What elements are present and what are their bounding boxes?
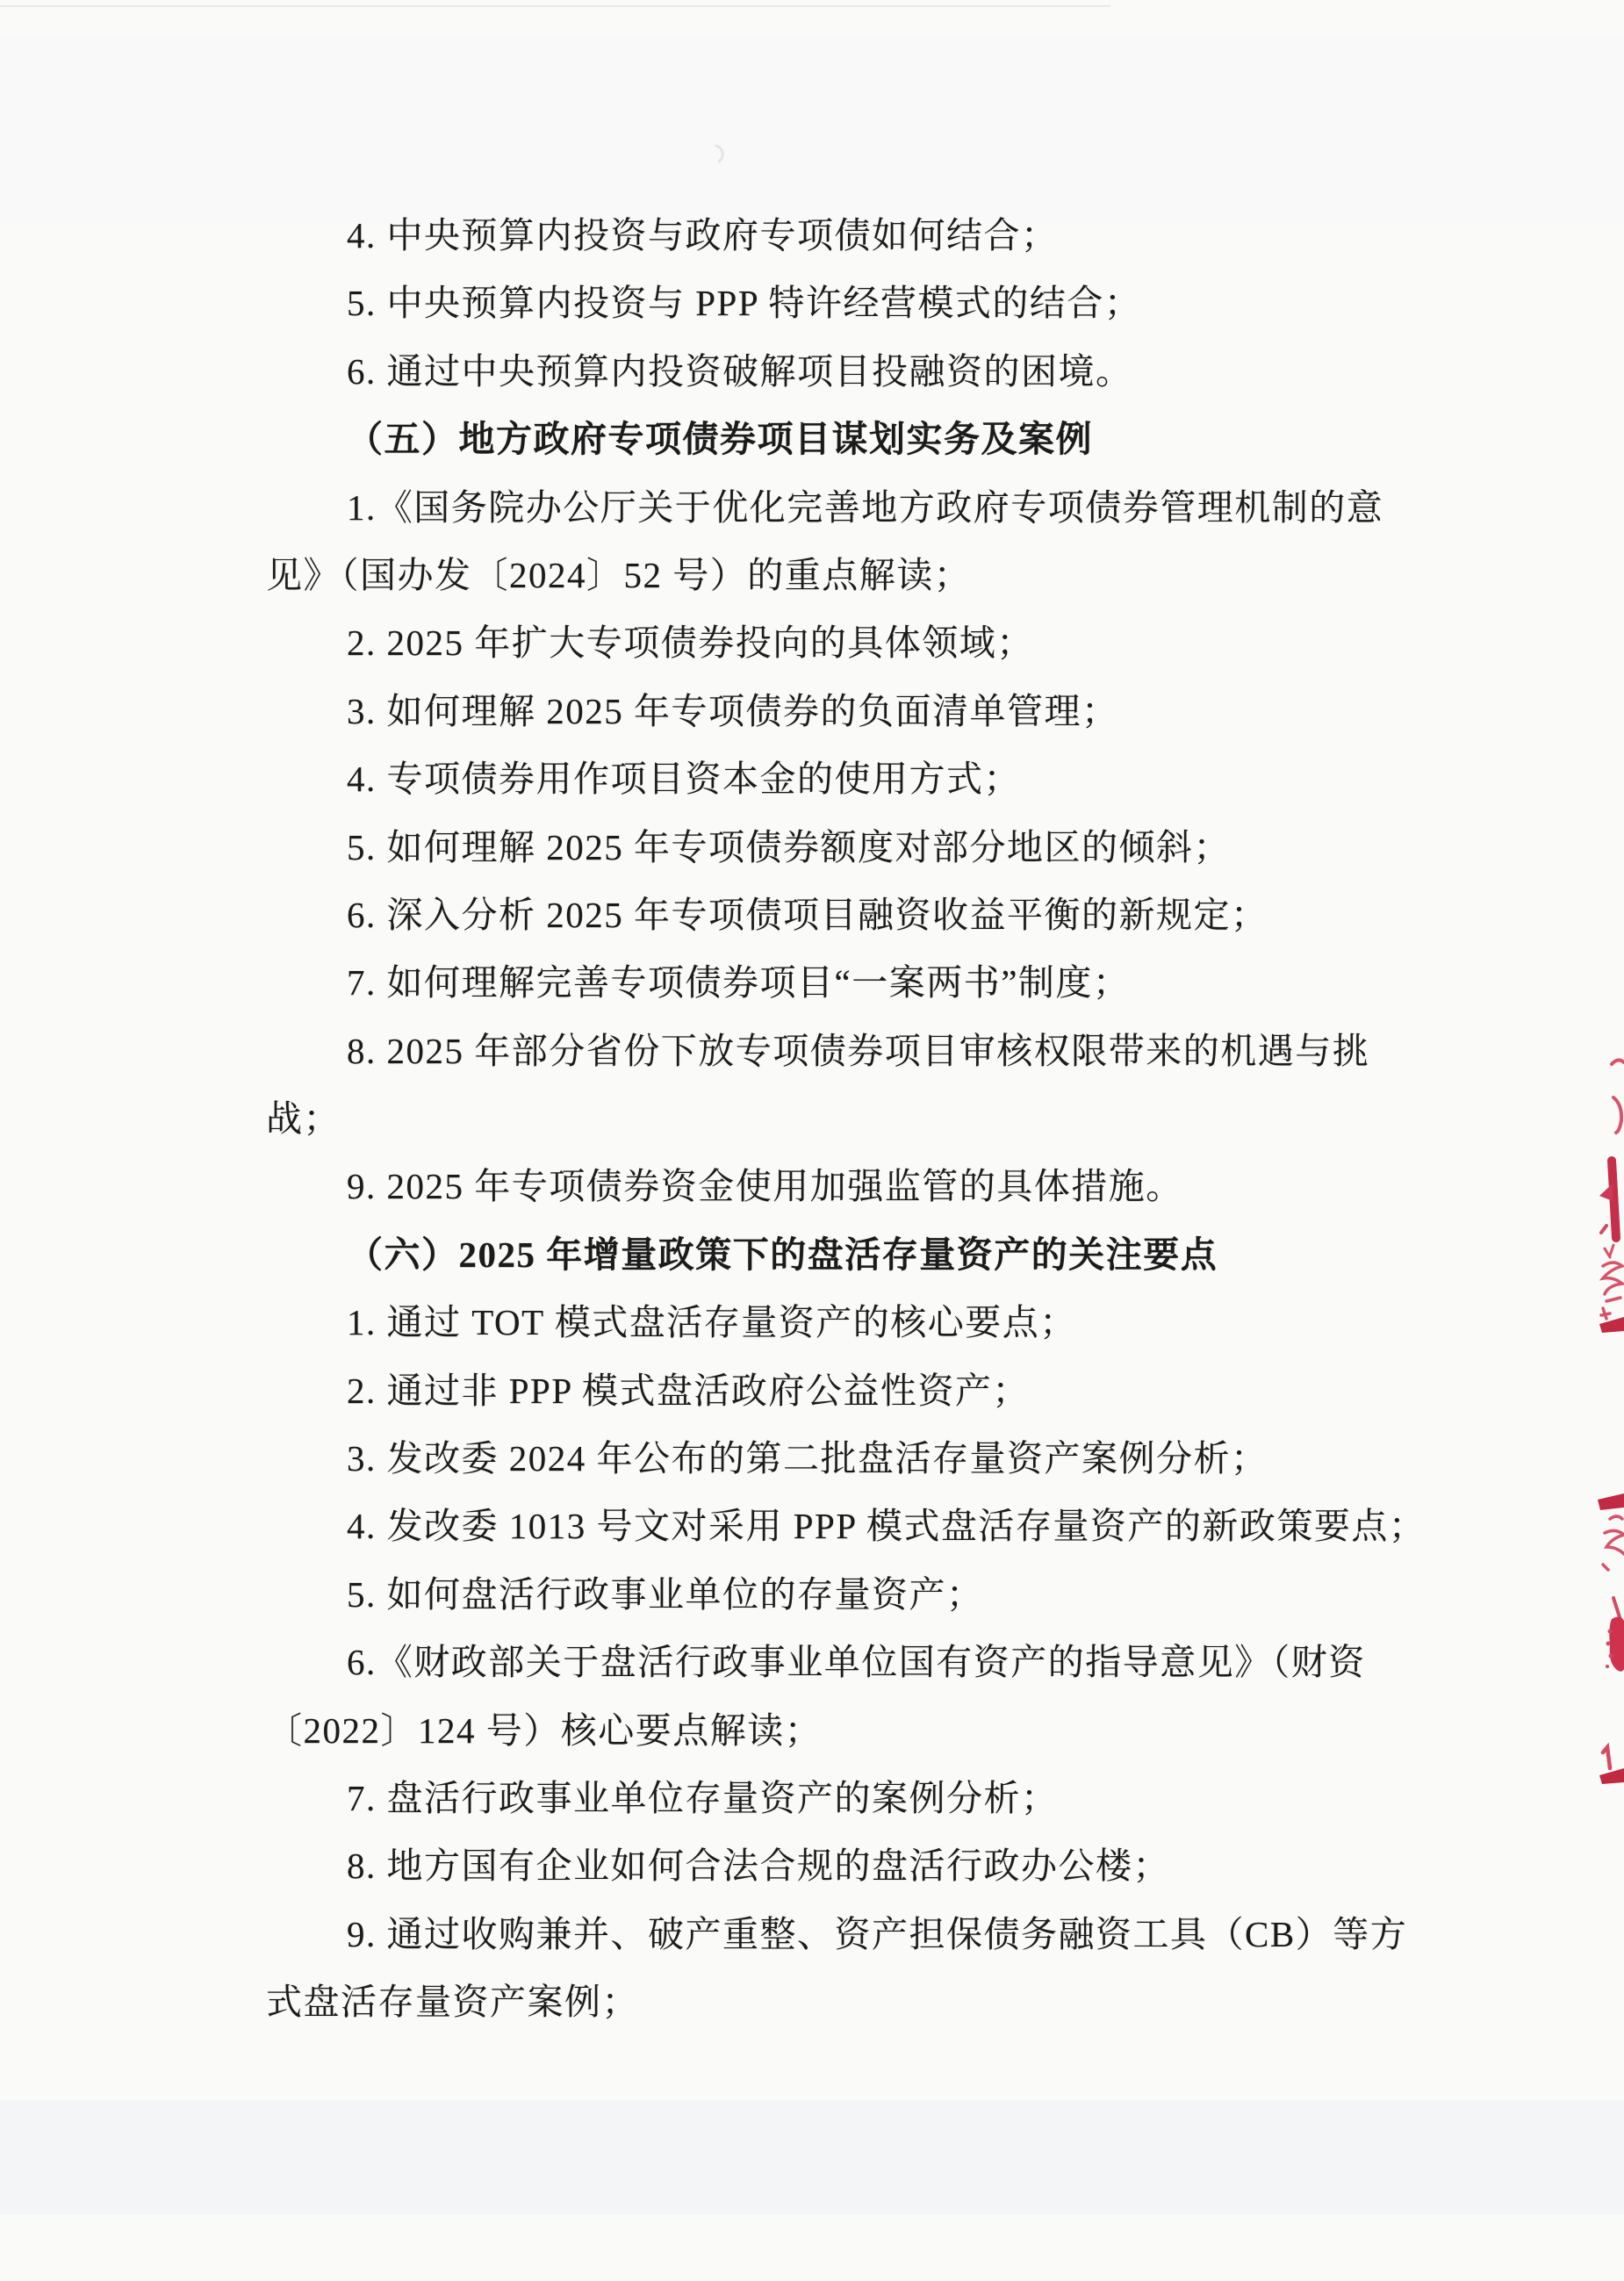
stamp-character <box>1603 1516 1624 1570</box>
text-line: 8. 2025 年部分省份下放专项债券项目审核权限带来的机遇与挑 <box>266 1018 1416 1085</box>
stamp-stroke <box>1599 1747 1624 1784</box>
text-line: 4. 中央预算内投资与政府专项债如何结合； <box>266 202 1416 270</box>
text-line: 式盘活存量资产案例； <box>266 1968 1416 2036</box>
text-line: 7. 盘活行政事业单位存量资产的案例分析； <box>266 1765 1416 1832</box>
text-line: 8. 地方国有企业如何合法合规的盘活行政办公楼； <box>266 1832 1416 1900</box>
text-line: 〔2022〕124 号）核心要点解读； <box>266 1697 1416 1765</box>
text-line: 2. 2025 年扩大专项债券投向的具体领域； <box>266 609 1416 677</box>
scan-smudge <box>711 142 729 165</box>
document-body: 4. 中央预算内投资与政府专项债如何结合； 5. 中央预算内投资与 PPP 特许… <box>266 202 1416 2037</box>
text-line: 6. 深入分析 2025 年专项债项目融资收益平衡的新规定； <box>266 881 1416 949</box>
text-line: 战； <box>266 1085 1416 1153</box>
text-line: 5. 如何理解 2025 年专项债券额度对部分地区的倾斜； <box>266 814 1416 881</box>
stamp-bar <box>1599 1317 1624 1333</box>
text-line: 2. 通过非 PPP 模式盘活政府公益性资产； <box>266 1357 1416 1425</box>
text-line: 1.《国务院办公厅关于优化完善地方政府专项债券管理机制的意 <box>266 474 1416 542</box>
stamp-stroke <box>1612 1060 1624 1133</box>
scan-edge-artifact <box>0 5 1110 7</box>
text-line: 6.《财政部关于盘活行政事业单位国有资产的指导意见》（财资 <box>266 1629 1416 1696</box>
text-line: 5. 中央预算内投资与 PPP 特许经营模式的结合； <box>266 270 1416 337</box>
text-line: 见》（国办发〔2024〕52 号）的重点解读； <box>266 542 1416 609</box>
text-line: 9. 通过收购兼并、破产重整、资产担保债务融资工具（CB）等方 <box>266 1901 1416 1968</box>
scan-band <box>0 2100 1624 2214</box>
stamp-bar <box>1598 1493 1624 1510</box>
section-heading: （五）地方政府专项债券项目谋划实务及案例 <box>266 406 1416 473</box>
scan-band <box>0 35 1624 224</box>
text-line: 3. 发改委 2024 年公布的第二批盘活存量资产案例分析； <box>266 1425 1416 1493</box>
text-line: 6. 通过中央预算内投资破解项目投融资的困境。 <box>266 338 1416 406</box>
red-seal-fragments <box>1587 1045 1624 1800</box>
text-line: 7. 如何理解完善专项债券项目“一案两书”制度； <box>266 949 1416 1017</box>
stamp-character <box>1601 1245 1622 1319</box>
text-line: 9. 2025 年专项债券资金使用加强监管的具体措施。 <box>266 1153 1416 1220</box>
stamp-stroke <box>1599 1161 1616 1238</box>
text-line: 4. 发改委 1013 号文对采用 PPP 模式盘活存量资产的新政策要点； <box>266 1493 1416 1560</box>
text-line: 1. 通过 TOT 模式盘活存量资产的核心要点； <box>266 1289 1416 1356</box>
section-heading: （六）2025 年增量政策下的盘活存量资产的关注要点 <box>266 1221 1416 1289</box>
stamp-blob <box>1606 1598 1624 1672</box>
text-line: 4. 专项债券用作项目资本金的使用方式； <box>266 745 1416 813</box>
text-line: 5. 如何盘活行政事业单位的存量资产； <box>266 1561 1416 1629</box>
text-line: 3. 如何理解 2025 年专项债券的负面清单管理； <box>266 678 1416 745</box>
